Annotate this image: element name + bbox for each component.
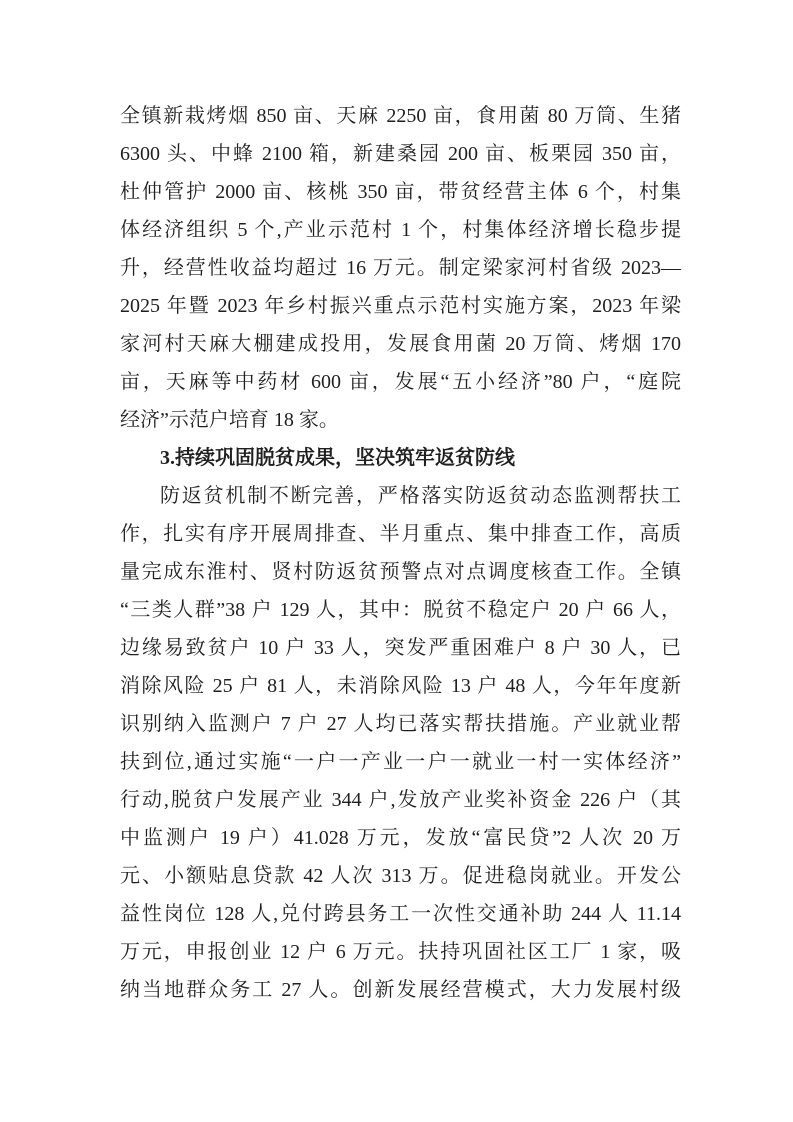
- text-line: 益性岗位 128 人,兑付跨县务工一次性交通补助 244 人 11.14: [120, 895, 681, 933]
- text-line: 识别纳入监测户 7 户 27 人均已落实帮扶措施。产业就业帮: [120, 705, 681, 743]
- text-line: 扶到位,通过实施“一户一产业一户一就业一村一实体经济”: [120, 743, 681, 781]
- text-line: “三类人群”38 户 129 人，其中：脱贫不稳定户 20 户 66 人，: [120, 591, 681, 629]
- text-line: 量完成东淮村、贤村防返贫预警点对点调度核查工作。全镇: [120, 553, 681, 591]
- text-column: 全镇新栽烤烟 850 亩、天麻 2250 亩，食用菌 80 万筒、生猪6300 …: [120, 97, 681, 1009]
- text-line: 防返贫机制不断完善，严格落实防返贫动态监测帮扶工: [120, 477, 681, 515]
- text-line: 边缘易致贫户 10 户 33 人，突发严重困难户 8 户 30 人，已: [120, 629, 681, 667]
- text-line: 亩，天麻等中药材 600 亩，发展“五小经济”80 户，“庭院: [120, 363, 681, 401]
- text-line: 消除风险 25 户 81 人，未消除风险 13 户 48 人，今年年度新: [120, 667, 681, 705]
- document-page: 全镇新栽烤烟 850 亩、天麻 2250 亩，食用菌 80 万筒、生猪6300 …: [0, 0, 793, 1122]
- text-line: 杜仲管护 2000 亩、核桃 350 亩，带贫经营主体 6 个，村集: [120, 173, 681, 211]
- paragraph-industry-development: 全镇新栽烤烟 850 亩、天麻 2250 亩，食用菌 80 万筒、生猪6300 …: [120, 97, 681, 439]
- text-line: 体经济组织 5 个,产业示范村 1 个，村集体经济增长稳步提: [120, 211, 681, 249]
- text-line: 作，扎实有序开展周排查、半月重点、集中排查工作，高质: [120, 515, 681, 553]
- text-line: 升，经营性收益均超过 16 万元。制定梁家河村省级 2023—: [120, 249, 681, 287]
- text-line: 万元，申报创业 12 户 6 万元。扶持巩固社区工厂 1 家，吸: [120, 933, 681, 971]
- text-line: 纳当地群众务工 27 人。创新发展经营模式，大力发展村级: [120, 971, 681, 1009]
- text-line: 行动,脱贫户发展产业 344 户,发放产业奖补资金 226 户（其: [120, 781, 681, 819]
- text-line: 6300 头、中蜂 2100 箱，新建桑园 200 亩、板栗园 350 亩，: [120, 135, 681, 173]
- text-line: 经济”示范户培育 18 家。: [120, 401, 681, 439]
- text-line: 2025 年暨 2023 年乡村振兴重点示范村实施方案，2023 年梁: [120, 287, 681, 325]
- text-line: 家河村天麻大棚建成投用，发展食用菌 20 万筒、烤烟 170: [120, 325, 681, 363]
- text-line: 中监测户 19 户）41.028 万元，发放“富民贷”2 人次 20 万: [120, 819, 681, 857]
- section-heading: 3.持续巩固脱贫成果，坚决筑牢返贫防线: [120, 439, 681, 477]
- text-line: 全镇新栽烤烟 850 亩、天麻 2250 亩，食用菌 80 万筒、生猪: [120, 97, 681, 135]
- paragraph-poverty-monitoring: 防返贫机制不断完善，严格落实防返贫动态监测帮扶工作，扎实有序开展周排查、半月重点…: [120, 477, 681, 1009]
- text-line: 元、小额贴息贷款 42 人次 313 万。促进稳岗就业。开发公: [120, 857, 681, 895]
